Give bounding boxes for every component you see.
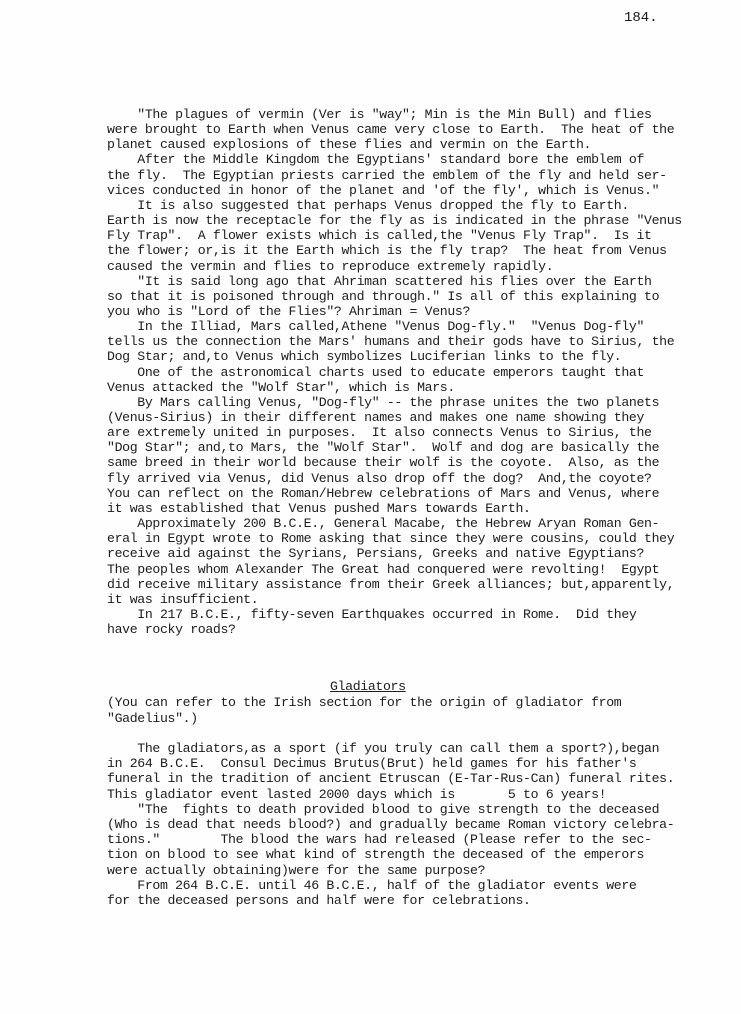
text-line: receive aid against the Syrians, Persian… [107, 546, 644, 561]
text-line: One of the astronomical charts used to e… [107, 365, 644, 380]
text-line: Dog Star; and,to Venus which symbolizes … [107, 349, 621, 364]
text-line: Earth is now the receptacle for the fly … [107, 213, 682, 228]
text-line: tion on blood to see what kind of streng… [107, 847, 644, 862]
text-line: "Gadelius".) [107, 711, 198, 726]
text-line: you who is "Lord of the Flies"? Ahriman … [107, 304, 470, 319]
text-line: (Venus-Sirius) in their different names … [107, 410, 644, 425]
text-line: "The fights to death provided blood to g… [107, 802, 659, 817]
text-line: in 264 B.C.E. Consul Decimus Brutus(Brut… [107, 756, 636, 771]
section-title-gladiators: Gladiators [330, 679, 406, 694]
text-line: tells us the connection the Mars' humans… [107, 334, 674, 349]
text-line: it was established that Venus pushed Mar… [107, 501, 531, 516]
text-line: It is also suggested that perhaps Venus … [107, 198, 629, 213]
text-line: (You can refer to the Irish section for … [107, 695, 621, 710]
text-line: were actually obtaining)were for the sam… [107, 863, 485, 878]
text-line: Approximately 200 B.C.E., General Macabe… [107, 516, 659, 531]
text-line: (Who is dead that needs blood?) and grad… [107, 817, 674, 832]
document-page: 184. "The plagues of vermin (Ver is "way… [0, 0, 741, 1014]
text-line: This gladiator event lasted 2000 days wh… [107, 787, 606, 802]
text-line: In 217 B.C.E., fifty-seven Earthquakes o… [107, 607, 636, 622]
text-line: You can reflect on the Roman/Hebrew cele… [107, 486, 659, 501]
text-line: Venus attacked the "Wolf Star", which is… [107, 380, 455, 395]
text-line: "It is said long ago that Ahriman scatte… [107, 274, 652, 289]
text-line: "The plagues of vermin (Ver is "way"; Mi… [107, 107, 652, 122]
text-line: same breed in their world because their … [107, 455, 659, 470]
text-line: caused the vermin and flies to reproduce… [107, 259, 553, 274]
text-line: The peoples whom Alexander The Great had… [107, 562, 659, 577]
text-line: "Dog Star"; and,to Mars, the "Wolf Star"… [107, 440, 659, 455]
text-line: In the Illiad, Mars called,Athene "Venus… [107, 319, 644, 334]
text-line: By Mars calling Venus, "Dog-fly" -- the … [107, 395, 659, 410]
page-number: 184. [624, 10, 658, 26]
text-line: Fly Trap". A flower exists which is call… [107, 228, 652, 243]
text-line: planet caused explosions of these flies … [107, 137, 591, 152]
text-line: have rocky roads? [107, 622, 236, 637]
text-line: the fly. The Egyptian priests carried th… [107, 168, 667, 183]
text-line: did receive military assistance from the… [107, 577, 674, 592]
text-line: the flower; or,is it the Earth which is … [107, 243, 667, 258]
text-line: vices conducted in honor of the planet a… [107, 183, 659, 198]
text-line: tions." The blood the wars had released … [107, 832, 652, 847]
text-line: After the Middle Kingdom the Egyptians' … [107, 152, 644, 167]
text-line: it was insufficient. [107, 592, 258, 607]
text-line: for the deceased persons and half were f… [107, 893, 531, 908]
text-line: The gladiators,as a sport (if you truly … [107, 741, 659, 756]
text-line: so that it is poisoned through and throu… [107, 289, 659, 304]
text-line: are extremely united in purposes. It als… [107, 425, 652, 440]
text-line: eral in Egypt wrote to Rome asking that … [107, 531, 674, 546]
text-line: were brought to Earth when Venus came ve… [107, 122, 674, 137]
text-line: From 264 B.C.E. until 46 B.C.E., half of… [107, 878, 636, 893]
text-line: funeral in the tradition of ancient Etru… [107, 771, 674, 786]
text-line: fly arrived via Venus, did Venus also dr… [107, 471, 652, 486]
